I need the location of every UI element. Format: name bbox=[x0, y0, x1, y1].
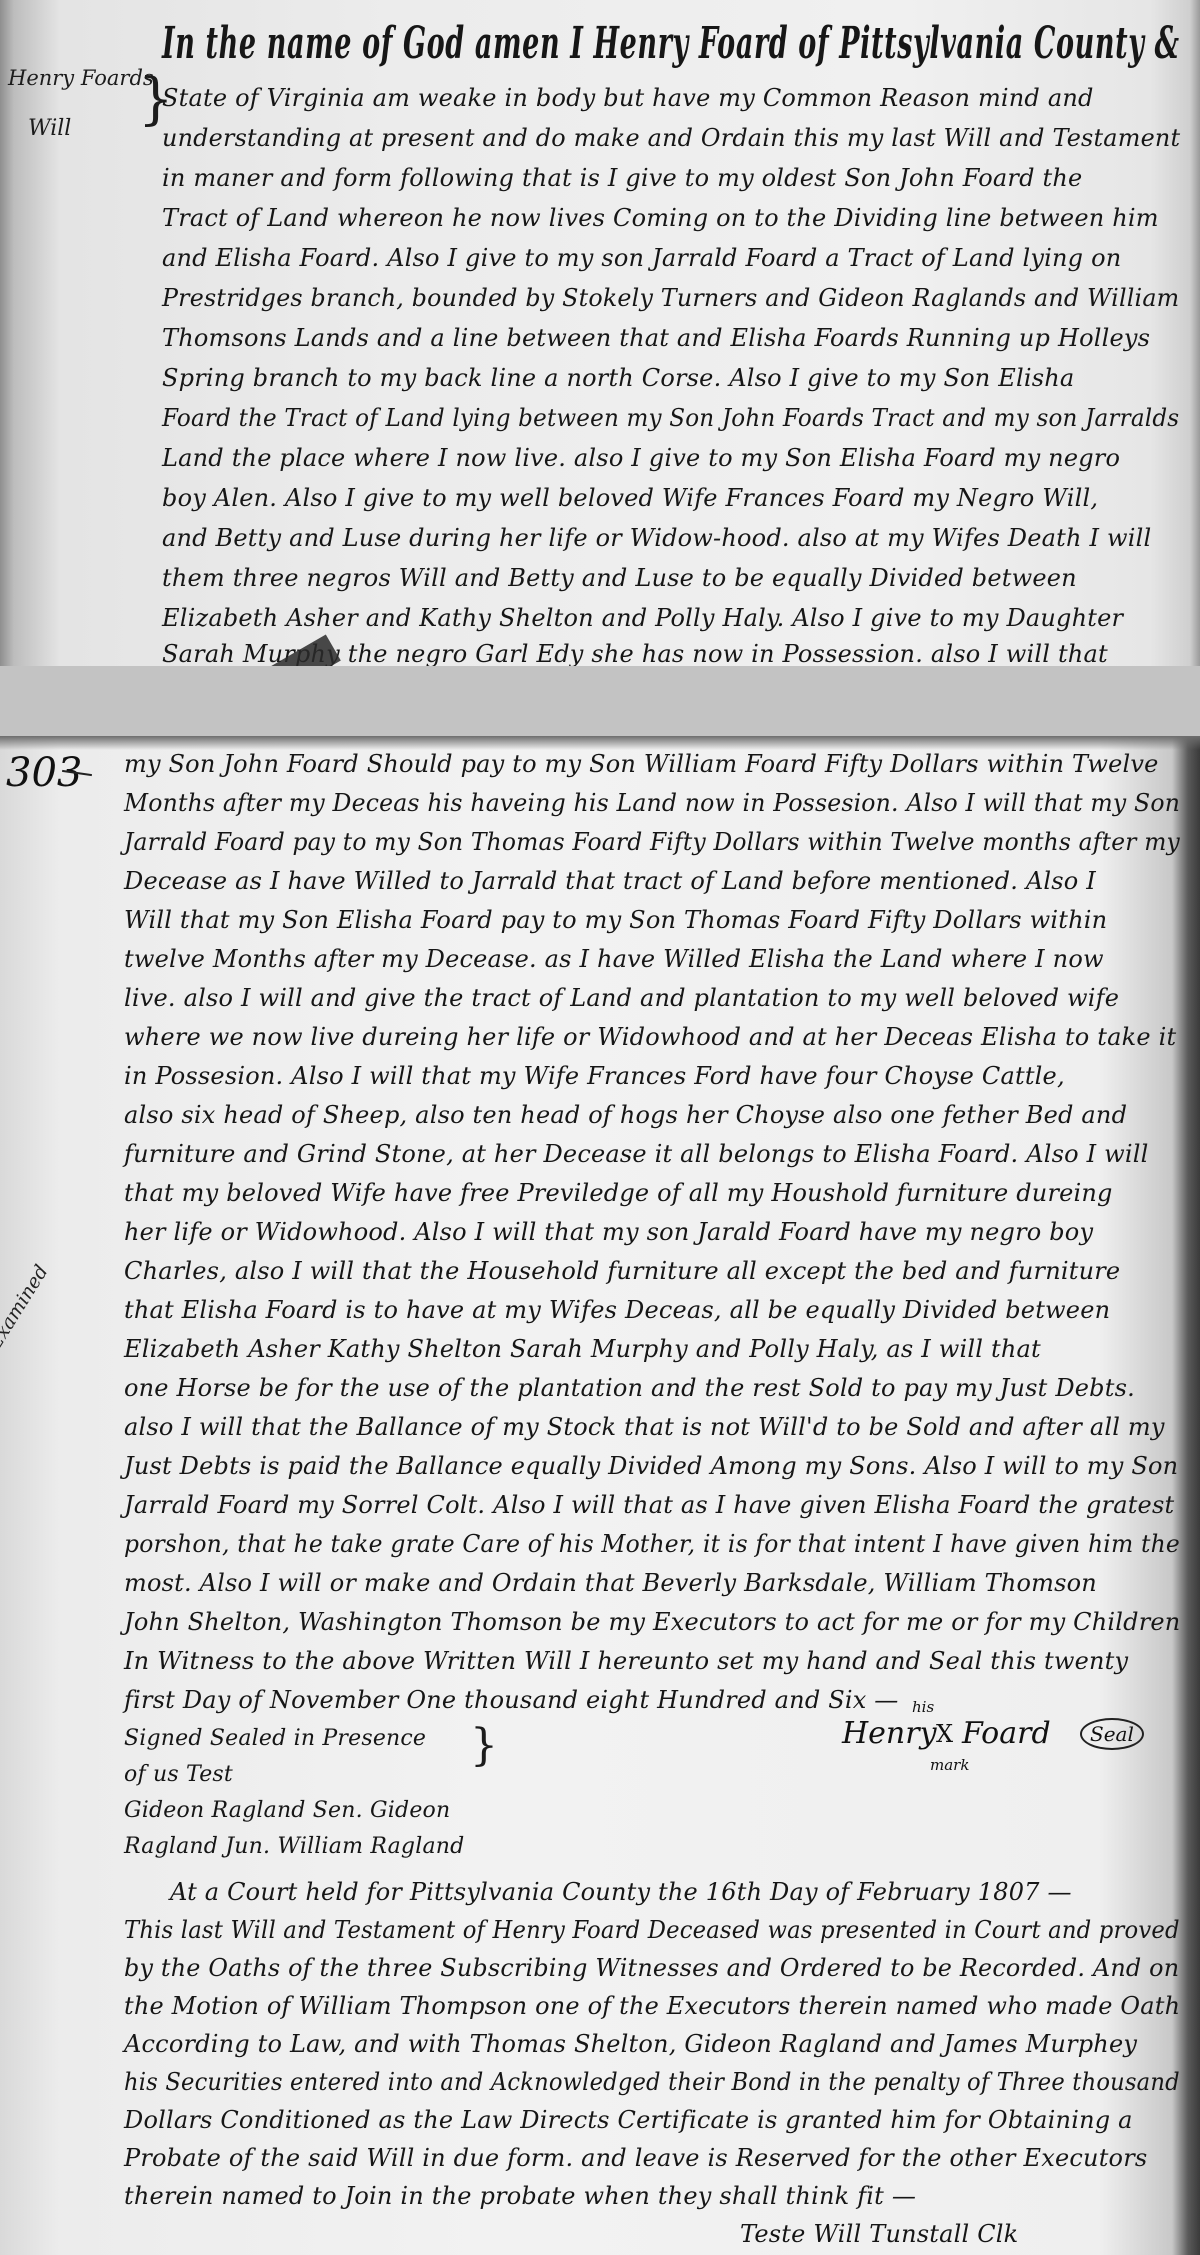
witness-name-line: Gideon Ragland Sen. Gideon bbox=[124, 1798, 450, 1823]
will-line: Months after my Deceas his haveing his L… bbox=[124, 789, 1180, 817]
will-line: Land the place where I now live. also I … bbox=[162, 444, 1120, 472]
signature-last-name: Foard bbox=[962, 1716, 1051, 1751]
will-line: in maner and form following that is I gi… bbox=[162, 164, 1082, 192]
will-line: one Horse be for the use of the plantati… bbox=[124, 1374, 1135, 1402]
clerk-attestation: Teste Will Tunstall Clk bbox=[740, 2220, 1018, 2248]
will-line: John Shelton, Washington Thomson be my E… bbox=[124, 1608, 1180, 1636]
probate-line: therein named to Join in the probate whe… bbox=[124, 2182, 916, 2210]
will-line: Just Debts is paid the Ballance equally … bbox=[124, 1452, 1178, 1480]
manuscript-page-1: Henry Foards Will } In the name of God a… bbox=[0, 0, 1200, 666]
will-line: In Witness to the above Written Will I h… bbox=[124, 1647, 1128, 1675]
seal-stamp: Seal bbox=[1080, 1718, 1144, 1750]
probate-line: the Motion of William Thompson one of th… bbox=[124, 1992, 1180, 2020]
will-line: and Elisha Foard. Also I give to my son … bbox=[162, 244, 1121, 272]
will-line: most. Also I will or make and Ordain tha… bbox=[124, 1569, 1097, 1597]
will-line: my Son John Foard Should pay to my Son W… bbox=[124, 750, 1159, 778]
margin-note-name: Henry Foards bbox=[8, 66, 154, 90]
witness-name-line: Ragland Jun. William Ragland bbox=[124, 1834, 464, 1859]
will-line: Will that my Son Elisha Foard pay to my … bbox=[124, 906, 1107, 934]
will-line: in Possesion. Also I will that my Wife F… bbox=[124, 1062, 1065, 1090]
will-line: Spring branch to my back line a north Co… bbox=[162, 364, 1074, 392]
probate-line: According to Law, and with Thomas Shelto… bbox=[124, 2030, 1137, 2058]
will-line: Tract of Land whereon he now lives Comin… bbox=[162, 204, 1159, 232]
margin-note-will: Will bbox=[28, 116, 71, 141]
witness-test-line: of us Test bbox=[124, 1762, 233, 1787]
signature-mark: mark bbox=[930, 1756, 969, 1774]
will-line: Charles, also I will that the Household … bbox=[124, 1257, 1120, 1285]
probate-line: Dollars Conditioned as the Law Directs C… bbox=[124, 2106, 1133, 2134]
will-line: live. also I will and give the tract of … bbox=[124, 984, 1119, 1012]
will-line: State of Virginia am weake in body but h… bbox=[162, 84, 1094, 112]
will-line: twelve Months after my Decease. as I hav… bbox=[124, 945, 1104, 973]
will-line: Thomsons Lands and a line between that a… bbox=[162, 324, 1150, 352]
signature-his: his bbox=[912, 1698, 934, 1716]
will-line: her life or Widowhood. Also I will that … bbox=[124, 1218, 1093, 1246]
signature-x-mark: X bbox=[936, 1720, 953, 1748]
probate-line: Probate of the said Will in due form. an… bbox=[124, 2144, 1147, 2172]
probate-line: This last Will and Testament of Henry Fo… bbox=[124, 1916, 1180, 1944]
will-line: also six head of Sheep, also ten head of… bbox=[124, 1101, 1127, 1129]
will-line: Decease as I have Willed to Jarrald that… bbox=[124, 867, 1096, 895]
will-line: Jarrald Foard pay to my Son Thomas Foard… bbox=[124, 828, 1180, 856]
will-line: furniture and Grind Stone, at her Deceas… bbox=[124, 1140, 1149, 1168]
will-line: Foard the Tract of Land lying between my… bbox=[162, 404, 1179, 432]
probate-line: At a Court held for Pittsylvania County … bbox=[170, 1878, 1072, 1906]
will-line: and Betty and Luse during her life or Wi… bbox=[162, 524, 1151, 552]
will-line: them three negros Will and Betty and Lus… bbox=[162, 564, 1077, 592]
manuscript-page-2: 303 my Son John Foard Should pay to my S… bbox=[0, 736, 1200, 2255]
will-line: porshon, that he take grate Care of his … bbox=[124, 1530, 1180, 1558]
will-line: boy Alen. Also I give to my well beloved… bbox=[162, 484, 1098, 512]
will-line: Prestridges branch, bounded by Stokely T… bbox=[162, 284, 1179, 312]
probate-line: his Securities entered into and Acknowle… bbox=[124, 2068, 1180, 2096]
witness-brace: } bbox=[470, 1720, 498, 1771]
will-line: first Day of November One thousand eight… bbox=[124, 1686, 899, 1714]
will-line: understanding at present and do make and… bbox=[162, 124, 1180, 152]
will-line: Elizabeth Asher and Kathy Shelton and Po… bbox=[162, 604, 1123, 632]
will-line: Elizabeth Asher Kathy Shelton Sarah Murp… bbox=[124, 1335, 1041, 1363]
will-heading-line: In the name of God amen I Henry Foard of… bbox=[162, 18, 1180, 69]
will-line: also I will that the Ballance of my Stoc… bbox=[124, 1413, 1165, 1441]
will-line: that Elisha Foard is to have at my Wifes… bbox=[124, 1296, 1110, 1324]
will-line: Jarrald Foard my Sorrel Colt. Also I wil… bbox=[124, 1491, 1174, 1519]
probate-line: by the Oaths of the three Subscribing Wi… bbox=[124, 1954, 1179, 1982]
signature-first-name: Henry bbox=[842, 1716, 937, 1751]
witness-signed-line: Signed Sealed in Presence bbox=[124, 1726, 426, 1751]
will-line: where we now live dureing her life or Wi… bbox=[124, 1023, 1176, 1051]
will-line: that my beloved Wife have free Previledg… bbox=[124, 1179, 1113, 1207]
page-divider bbox=[0, 666, 1200, 736]
